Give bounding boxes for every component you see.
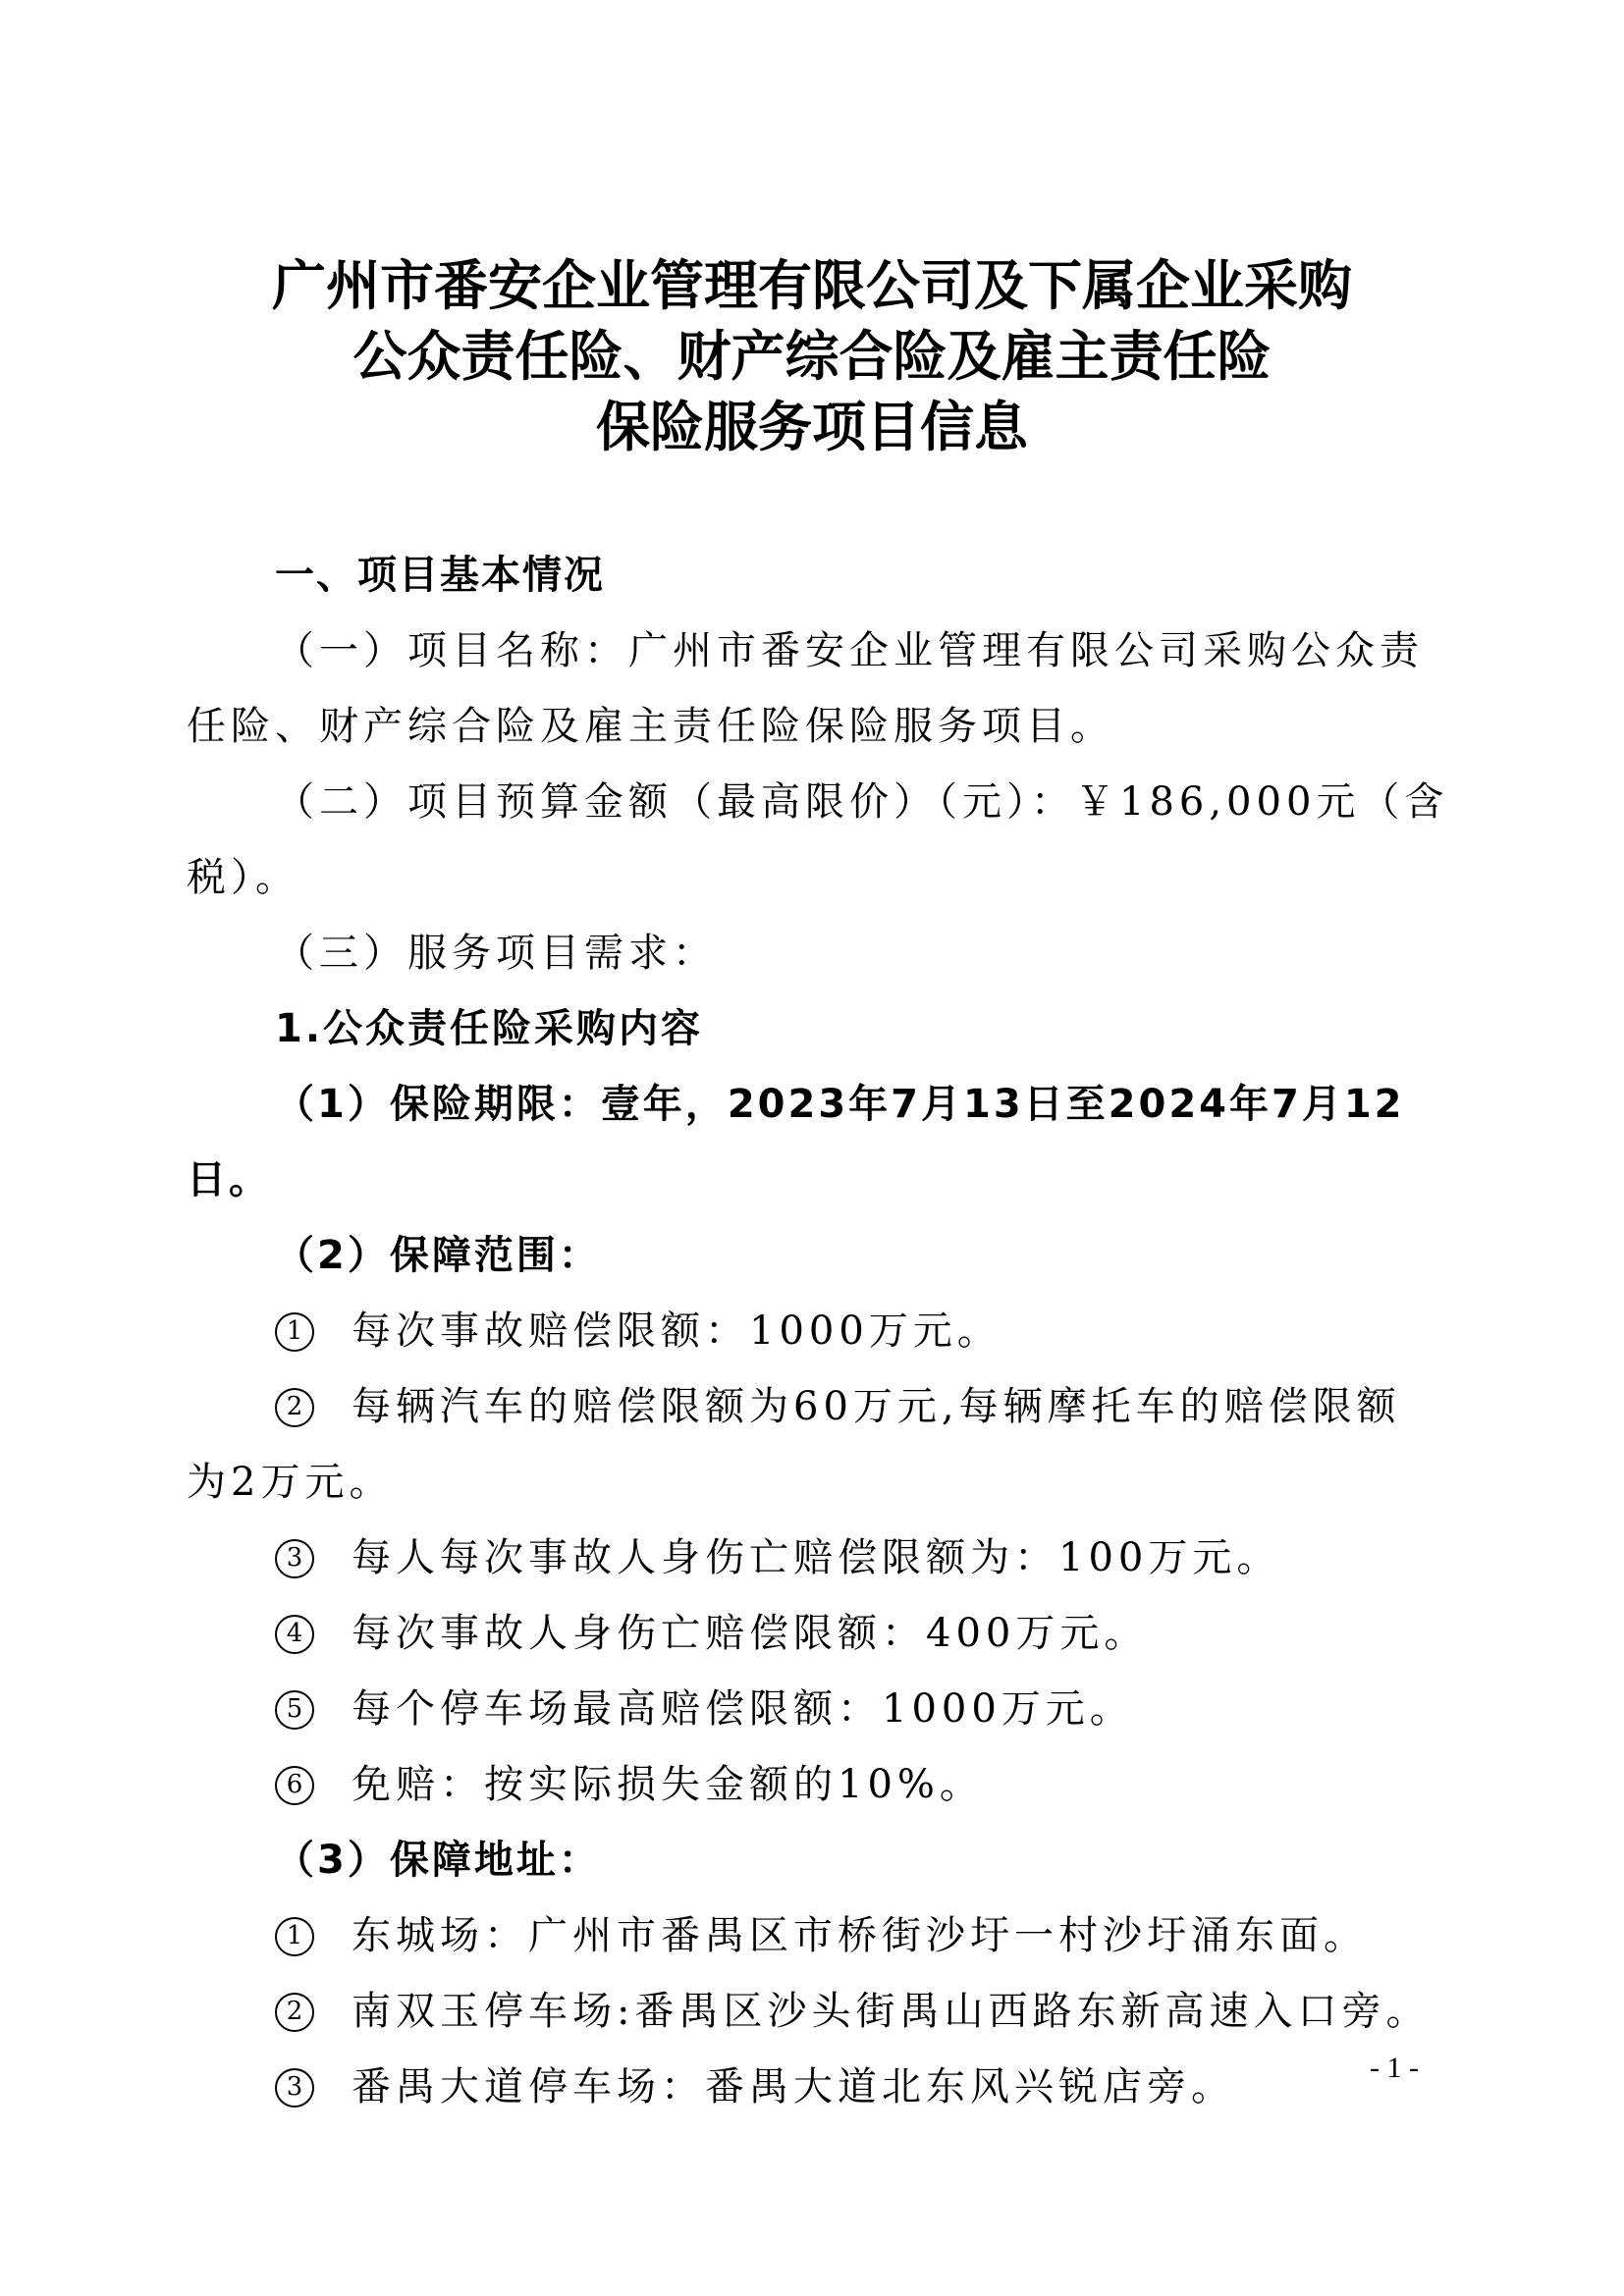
document-body: 一、项目基本情况 （一）项目名称：广州市番安企业管理有限公司采购公众责 任险、财… <box>187 538 1443 2125</box>
address-text: 番禺大道停车场：番禺大道北东风兴锐店旁。 <box>352 2050 1235 2125</box>
circled-number-5: 5 <box>275 1690 314 1730</box>
project-name-line-1: （一）项目名称：广州市番安企业管理有限公司采购公众责 <box>187 614 1443 689</box>
insurance-period-line-2: 日。 <box>187 1143 1443 1218</box>
coverage-item: 2 每辆汽车的赔偿限额为60万元,每辆摩托车的赔偿限额 <box>187 1369 1443 1445</box>
circled-number-6: 6 <box>275 1766 314 1805</box>
coverage-item: 5 每个停车场最高赔偿限额：1000万元。 <box>187 1672 1443 1747</box>
coverage-item: 6 免赔：按实际损失金额的10%。 <box>187 1747 1443 1823</box>
coverage-text: 每次事故人身伤亡赔偿限额：400万元。 <box>352 1596 1148 1672</box>
address-text: 南双玉停车场:番禺区沙头街禺山西路东新高速入口旁。 <box>352 1974 1430 2050</box>
circled-number-3: 3 <box>275 2068 314 2108</box>
title-line-3: 保险服务项目信息 <box>0 392 1624 462</box>
title-line-2: 公众责任险、财产综合险及雇主责任险 <box>0 321 1624 392</box>
coverage-text: 每人每次事故人身伤亡赔偿限额为：100万元。 <box>352 1521 1280 1596</box>
public-liability-heading: 1.公众责任险采购内容 <box>187 991 1443 1067</box>
coverage-item: 3 每人每次事故人身伤亡赔偿限额为：100万元。 <box>187 1521 1443 1596</box>
coverage-heading: （2）保障范围： <box>187 1218 1443 1294</box>
budget-line-1: （二）项目预算金额（最高限价）（元）：￥186,000元（含 <box>187 765 1443 840</box>
coverage-item: 1 每次事故赔偿限额：1000万元。 <box>187 1294 1443 1369</box>
coverage-text: 免赔：按实际损失金额的10%。 <box>352 1747 984 1823</box>
circled-number-2: 2 <box>275 1388 314 1427</box>
project-name-line-2: 任险、财产综合险及雇主责任险保险服务项目。 <box>187 689 1443 765</box>
page-number: - 1 - <box>1370 2052 1419 2085</box>
insurance-period-line-1: （1）保险期限：壹年，2023年7月13日至2024年7月12 <box>187 1067 1443 1143</box>
address-item: 2 南双玉停车场:番禺区沙头街禺山西路东新高速入口旁。 <box>187 1974 1443 2050</box>
circled-number-4: 4 <box>275 1615 314 1654</box>
circled-number-2: 2 <box>275 1993 314 2032</box>
address-heading: （3）保障地址： <box>187 1823 1443 1898</box>
section-heading-basic-info: 一、项目基本情况 <box>187 538 1443 614</box>
address-text: 东城场：广州市番禺区市桥街沙圩一村沙圩涌东面。 <box>352 1898 1368 1974</box>
budget-line-2: 税）。 <box>187 840 1443 916</box>
coverage-text: 每个停车场最高赔偿限额：1000万元。 <box>352 1672 1134 1747</box>
coverage-text: 每次事故赔偿限额：1000万元。 <box>352 1294 1001 1369</box>
address-item: 3 番禺大道停车场：番禺大道北东风兴锐店旁。 <box>187 2050 1443 2125</box>
circled-number-1: 1 <box>275 1917 314 1956</box>
circled-number-3: 3 <box>275 1539 314 1578</box>
document-title: 广州市番安企业管理有限公司及下属企业采购 公众责任险、财产综合险及雇主责任险 保… <box>0 250 1624 462</box>
circled-number-1: 1 <box>275 1312 314 1352</box>
coverage-text: 每辆汽车的赔偿限额为60万元,每辆摩托车的赔偿限额 <box>352 1369 1401 1445</box>
title-line-1: 广州市番安企业管理有限公司及下属企业采购 <box>0 250 1624 321</box>
service-requirements: （三）服务项目需求： <box>187 916 1443 991</box>
address-item: 1 东城场：广州市番禺区市桥街沙圩一村沙圩涌东面。 <box>187 1898 1443 1974</box>
coverage-text-continuation: 为2万元。 <box>187 1445 1443 1521</box>
coverage-item: 4 每次事故人身伤亡赔偿限额：400万元。 <box>187 1596 1443 1672</box>
